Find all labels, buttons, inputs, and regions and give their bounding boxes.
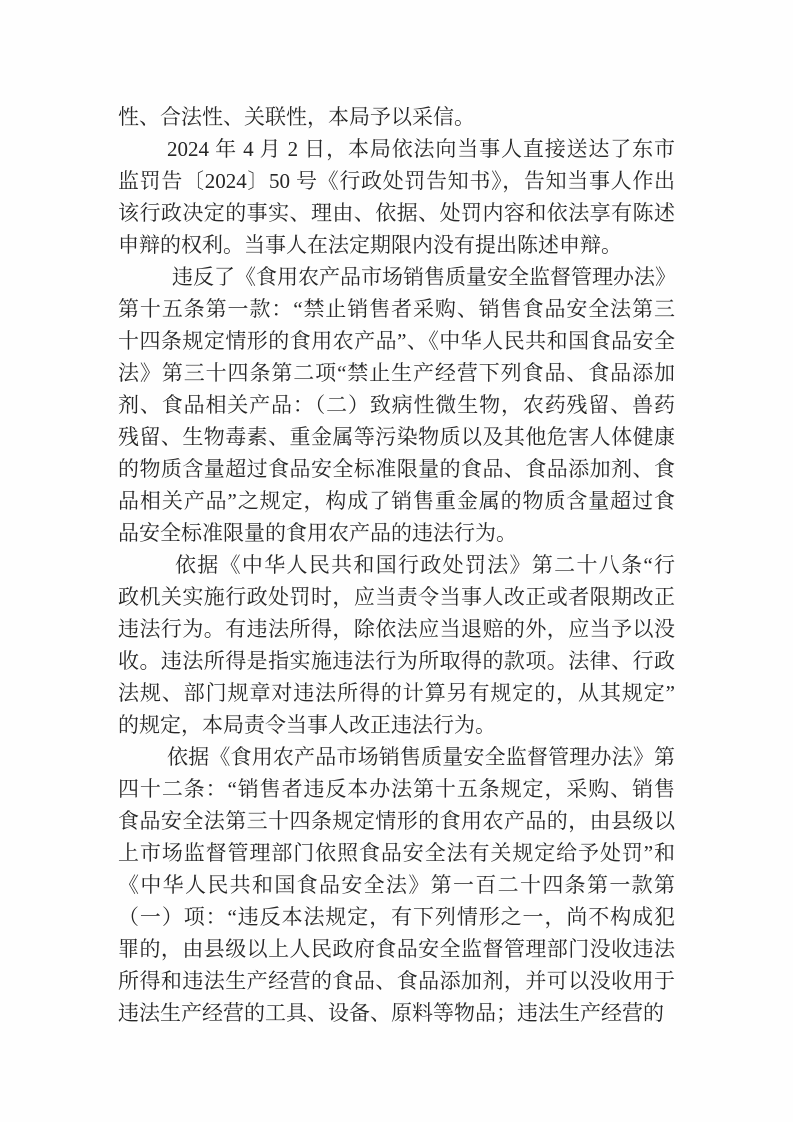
text-line: 第十五条第一款：“禁止销售者采购、销售食品安全法第三 <box>118 293 675 325</box>
text-line: 所得和违法生产经营的食品、食品添加剂，并可以没收用于 <box>118 965 675 997</box>
text-line: 剂、食品相关产品：（二）致病性微生物，农药残留、兽药 <box>118 389 675 421</box>
paragraph: 性、合法性、关联性，本局予以采信。 <box>118 101 675 133</box>
text-line: 2024 年 4 月 2 日，本局依法向当事人直接送达了东市 <box>118 133 675 165</box>
paragraph: 依据《食用农产品市场销售质量安全监督管理办法》第四十二条：“销售者违反本办法第十… <box>118 741 675 1029</box>
text-line: 依据《食用农产品市场销售质量安全监督管理办法》第 <box>118 741 675 773</box>
text-line: 罪的，由县级以上人民政府食品安全监督管理部门没收违法 <box>118 933 675 965</box>
text-line: 收。违法所得是指实施违法行为所取得的款项。法律、行政 <box>118 645 675 677</box>
text-line: 依据《中华人民共和国行政处罚法》第二十八条“行 <box>118 549 675 581</box>
text-line: 法》第三十四条第二项“禁止生产经营下列食品、食品添加 <box>118 357 675 389</box>
text-line: 该行政决定的事实、理由、依据、处罚内容和依法享有陈述 <box>118 197 675 229</box>
text-line: （一）项：“违反本法规定，有下列情形之一，尚不构成犯 <box>118 901 675 933</box>
paragraph: 违反了《食用农产品市场销售质量安全监督管理办法》第十五条第一款：“禁止销售者采购… <box>118 261 675 549</box>
text-line: 违反了《食用农产品市场销售质量安全监督管理办法》 <box>118 261 675 293</box>
text-line: 申辩的权利。当事人在法定期限内没有提出陈述申辩。 <box>118 229 675 261</box>
text-line: 《中华人民共和国食品安全法》第一百二十四条第一款第 <box>118 869 675 901</box>
text-line: 品安全标准限量的食用农产品的违法行为。 <box>118 517 675 549</box>
text-line: 品相关产品”之规定，构成了销售重金属的物质含量超过食 <box>118 485 675 517</box>
text-line: 违法行为。有违法所得，除依法应当退赔的外，应当予以没 <box>118 613 675 645</box>
text-line: 政机关实施行政处罚时，应当责令当事人改正或者限期改正 <box>118 581 675 613</box>
document-body: 性、合法性、关联性，本局予以采信。2024 年 4 月 2 日，本局依法向当事人… <box>118 101 675 1029</box>
text-line: 四十二条：“销售者违反本办法第十五条规定，采购、销售 <box>118 773 675 805</box>
text-line: 残留、生物毒素、重金属等污染物质以及其他危害人体健康 <box>118 421 675 453</box>
text-line: 的规定，本局责令当事人改正违法行为。 <box>118 709 675 741</box>
document-page: 性、合法性、关联性，本局予以采信。2024 年 4 月 2 日，本局依法向当事人… <box>0 0 793 1122</box>
paragraph: 依据《中华人民共和国行政处罚法》第二十八条“行政机关实施行政处罚时，应当责令当事… <box>118 549 675 741</box>
text-line: 性、合法性、关联性，本局予以采信。 <box>118 101 675 133</box>
paragraph: 2024 年 4 月 2 日，本局依法向当事人直接送达了东市监罚告〔2024〕5… <box>118 133 675 261</box>
text-line: 上市场监督管理部门依照食品安全法有关规定给予处罚”和 <box>118 837 675 869</box>
text-line: 法规、部门规章对违法所得的计算另有规定的，从其规定” <box>118 677 675 709</box>
text-line: 违法生产经营的工具、设备、原料等物品；违法生产经营的 <box>118 997 675 1029</box>
text-line: 食品安全法第三十四条规定情形的食用农产品的，由县级以 <box>118 805 675 837</box>
text-line: 十四条规定情形的食用农产品”、《中华人民共和国食品安全 <box>118 325 675 357</box>
text-line: 的物质含量超过食品安全标准限量的食品、食品添加剂、食 <box>118 453 675 485</box>
text-line: 监罚告〔2024〕50 号《行政处罚告知书》，告知当事人作出 <box>118 165 675 197</box>
